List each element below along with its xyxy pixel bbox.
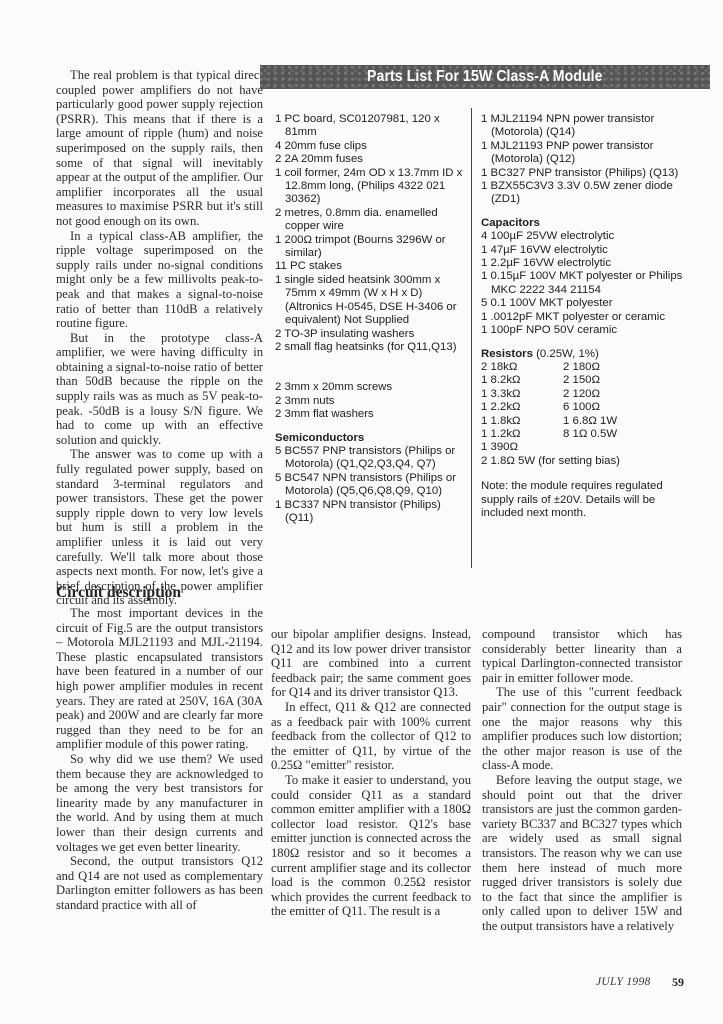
- parts-item: 1 100pF NPO 50V ceramic: [481, 324, 691, 337]
- parts-item: 1 200Ω trimpot (Bourns 3296W or similar): [275, 234, 465, 261]
- parts-item: 1 coil former, 24m OD x 13.7mm ID x 12.8…: [275, 167, 465, 207]
- parts-item: 2 2A 20mm fuses: [275, 153, 465, 166]
- parts-item: 1 MJL21193 PNP power transistor (Motorol…: [481, 140, 691, 167]
- semiconductors-heading: Semiconductors: [275, 432, 465, 445]
- parts-item: 1 BZX55C3V3 3.3V 0.5W zener diode (ZD1): [481, 180, 691, 207]
- parts-item: 1 PC board, SC01207981, 120 x 81mm: [275, 113, 465, 140]
- parts-note: Note: the module requires regulated supp…: [481, 480, 691, 520]
- resistor-item: 2 120Ω: [563, 388, 673, 401]
- paragraph: The real problem is that typical direct …: [56, 68, 263, 229]
- resistor-item: 1 1.8kΩ: [481, 415, 563, 428]
- parts-item: 1 .0012pF MKT polyester or ceramic: [481, 311, 691, 324]
- resistors-heading-label: Resistors: [481, 348, 533, 360]
- capacitors-heading: Capacitors: [481, 217, 691, 230]
- parts-list-title: Parts List For 15W Class-A Module: [367, 68, 603, 86]
- resistor-item: 2 1.8Ω 5W (for setting bias): [481, 455, 691, 468]
- resistors-spec: (0.25W, 1%): [536, 348, 599, 360]
- parts-item: 5 0.1 100V MKT polyester: [481, 297, 691, 310]
- resistor-item: 1 8.2kΩ: [481, 374, 563, 387]
- paragraph: In effect, Q11 & Q12 are connected as a …: [271, 700, 471, 773]
- resistor-item: 1 3.3kΩ: [481, 388, 563, 401]
- resistor-item: 1 390Ω: [481, 441, 563, 454]
- parts-item: 1 47µF 16VW electrolytic: [481, 244, 691, 257]
- paragraph: Second, the output transistors Q12 and Q…: [56, 854, 263, 912]
- resistor-item: 2 150Ω: [563, 374, 673, 387]
- parts-item: 2 small flag heatsinks (for Q11,Q13): [275, 341, 465, 354]
- parts-item: 1 0.15µF 100V MKT polyester or Philips M…: [481, 270, 691, 297]
- footer-date: JULY 1998: [596, 976, 651, 988]
- paragraph: compound transistor which has considerab…: [482, 627, 682, 685]
- paragraph: To make it easier to understand, you cou…: [271, 773, 471, 919]
- resistor-item: 1 1.2kΩ: [481, 428, 563, 441]
- paragraph: The use of this "current feedback pair" …: [482, 685, 682, 773]
- article-column-left-top: The real problem is that typical direct …: [56, 68, 263, 608]
- parts-item: 4 20mm fuse clips: [275, 140, 465, 153]
- paragraph: The most important devices in the circui…: [56, 606, 263, 752]
- parts-item: 2 3mm x 20mm screws: [275, 381, 465, 394]
- page-number: 59: [672, 975, 684, 990]
- parts-item: 2 metres, 0.8mm dia. enamelled copper wi…: [275, 207, 465, 234]
- resistor-item: 1 6.8Ω 1W: [563, 415, 673, 428]
- resistor-item: 2 18kΩ: [481, 361, 563, 374]
- parts-item: 2 TO-3P insulating washers: [275, 328, 465, 341]
- paragraph: So why did we use them? We used them bec…: [56, 752, 263, 854]
- parts-list-left-column: 1 PC board, SC01207981, 120 x 81mm 4 20m…: [275, 113, 465, 525]
- paragraph: Before leaving the output stage, we shou…: [482, 773, 682, 934]
- resistor-item: 1 2.2kΩ: [481, 401, 563, 414]
- parts-item: 5 BC547 NPN transistors (Philips or Moto…: [275, 472, 465, 499]
- parts-item: 1 MJL21194 NPN power transistor (Motorol…: [481, 113, 691, 140]
- article-column-right-bottom: compound transistor which has considerab…: [482, 627, 682, 933]
- parts-item: 1 BC327 PNP transistor (Philips) (Q13): [481, 167, 691, 180]
- paragraph: But in the prototype class-A amplifier, …: [56, 331, 263, 448]
- parts-list-header: Parts List For 15W Class-A Module: [260, 65, 710, 89]
- parts-item: 1 BC337 NPN transistor (Philips) (Q11): [275, 499, 465, 526]
- resistor-item: [563, 441, 673, 454]
- section-heading-circuit-description: Circuit description: [56, 584, 181, 602]
- parts-list-divider: [471, 108, 472, 568]
- parts-item: 1 2.2µF 16VW electrolytic: [481, 257, 691, 270]
- resistor-item: 8 1Ω 0.5W: [563, 428, 673, 441]
- article-column-left-bottom: The most important devices in the circui…: [56, 606, 263, 912]
- resistor-item: 2 180Ω: [563, 361, 673, 374]
- parts-item: 1 single sided heatsink 300mm x 75mm x 4…: [275, 274, 465, 328]
- paragraph: our bipolar amplifier designs. Instead, …: [271, 627, 471, 700]
- parts-item: 11 PC stakes: [275, 260, 465, 273]
- parts-item: 4 100µF 25VW electrolytic: [481, 230, 691, 243]
- parts-item: 5 BC557 PNP transistors (Philips or Moto…: [275, 445, 465, 472]
- parts-item: 2 3mm flat washers: [275, 408, 465, 421]
- parts-item: 2 3mm nuts: [275, 395, 465, 408]
- resistors-heading: Resistors (0.25W, 1%): [481, 348, 691, 361]
- parts-list-right-column: 1 MJL21194 NPN power transistor (Motorol…: [481, 113, 691, 520]
- article-column-middle-bottom: our bipolar amplifier designs. Instead, …: [271, 627, 471, 919]
- paragraph: In a typical class-AB amplifier, the rip…: [56, 229, 263, 331]
- resistor-item: 6 100Ω: [563, 401, 673, 414]
- resistors-grid: 2 18kΩ 2 180Ω 1 8.2kΩ 2 150Ω 1 3.3kΩ 2 1…: [481, 361, 691, 455]
